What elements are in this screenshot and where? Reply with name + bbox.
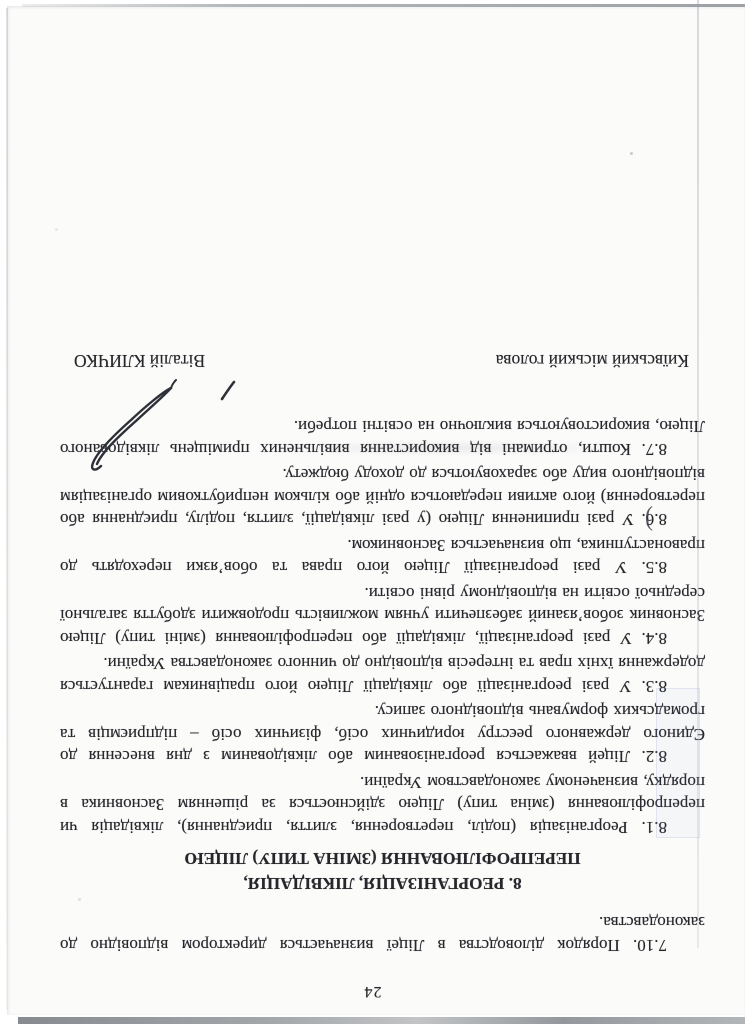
page-number: 24 xyxy=(0,982,745,1000)
document-body: 24 7.10. Порядок діловодства в Ліцеї виз… xyxy=(0,0,745,1024)
paragraph-8-5: 8.5. У разі реорганізації Ліцею його пра… xyxy=(60,534,705,579)
dust-speck xyxy=(78,898,81,901)
heading-line-2: ПЕРЕПРОФІЛЮВАННЯ (ЗМІНА ТИПУ) ЛІЦЕЮ xyxy=(184,849,580,868)
rotated-page-content: 24 7.10. Порядок діловодства в Ліцеї виз… xyxy=(0,0,745,1024)
paragraph-8-2: 8.2. Ліцей вважається реорганізованим аб… xyxy=(60,700,705,768)
dust-speck xyxy=(630,152,633,155)
paragraph-8-6: 8.6. У разі припинення Ліцею (у разі лік… xyxy=(60,463,705,531)
signature-title: Київський міський голова xyxy=(496,350,689,371)
paragraph-8-3: 8.3. У разі реорганізації або ліквідації… xyxy=(60,652,705,697)
paragraph-7-10: 7.10. Порядок діловодства в Ліцеї визнач… xyxy=(60,911,705,956)
scan-edge-bottom xyxy=(18,1017,745,1024)
scan-edge-top xyxy=(22,4,745,7)
paragraph-8-4: 8.4. У разі реорганізації, ліквідації аб… xyxy=(60,582,705,650)
scanned-document-page: 24 7.10. Порядок діловодства в Ліцеї виз… xyxy=(0,0,745,1024)
pencil-smudge xyxy=(250,440,640,456)
heading-line-1: 8. РЕОРГАНІЗАЦІЯ, ЛІКВІДАЦІЯ, xyxy=(243,874,521,893)
signature-row: Київський міський голова Віталій КЛИЧКО xyxy=(60,350,705,371)
scan-edge-left xyxy=(6,8,8,1010)
dust-speck xyxy=(55,228,58,231)
signature-name: Віталій КЛИЧКО xyxy=(74,350,205,371)
paragraph-8-1: 8.1. Реорганізація (поділ, перетворення,… xyxy=(60,771,705,839)
stamp-bleed-through xyxy=(656,688,700,838)
ink-mark: ( xyxy=(645,502,653,533)
section-8-heading: 8. РЕОРГАНІЗАЦІЯ, ЛІКВІДАЦІЯ, ПЕРЕПРОФІЛ… xyxy=(60,846,705,896)
